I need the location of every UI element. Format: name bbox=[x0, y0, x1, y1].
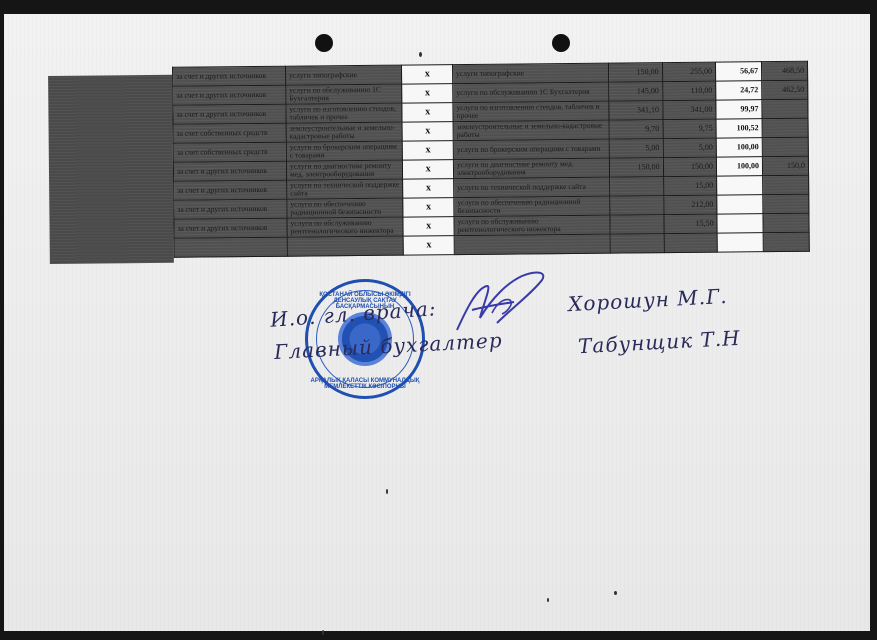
signature-name-chief-accountant: Табунщик Т.Н bbox=[577, 326, 741, 358]
stamp-inner-text: АРҚАЛЫҚ ҚАЛАСЫ КОММУНАЛДЫҚ МЕМЛЕКЕТТІК К… bbox=[308, 378, 422, 390]
signature-name-chief-doctor: Хорошун М.Г. bbox=[567, 284, 728, 316]
signature-area: ҚОСТАНАЙ ОБЛЫСЫ ӘКІМДІГІ ДЕНСАУЛЫҚ САҚТА… bbox=[0, 0, 877, 640]
handwritten-signature-icon bbox=[452, 268, 552, 336]
